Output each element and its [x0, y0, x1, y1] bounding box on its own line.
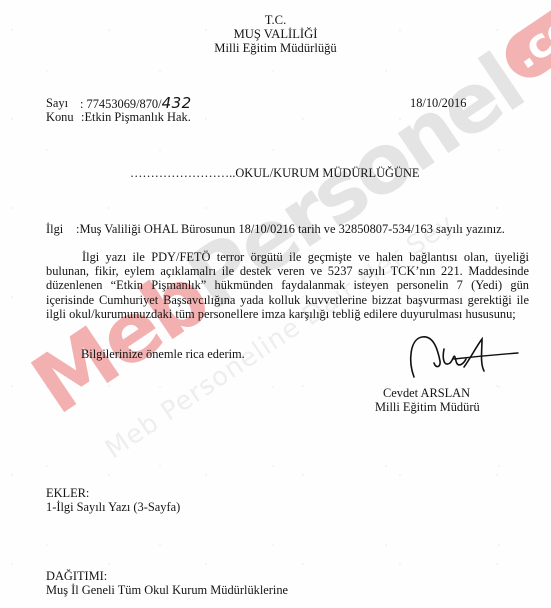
closing-line: Bilgilerinize önemle rica ederim.: [81, 347, 245, 361]
document-date: 18/10/2016: [410, 96, 466, 110]
document-page: MebPersonel.com Meb Personeline Dair Her…: [0, 0, 551, 608]
signature-icon: [400, 333, 520, 383]
distribution-item: Muş İl Geneli Tüm Okul Kurum Müdürlükler…: [46, 583, 288, 597]
ilgi-value: :Muş Valiliği OHAL Bürosunun 18/10/0216 …: [76, 222, 505, 236]
sayi-label: Sayı: [46, 96, 68, 110]
header-department: Milli Eğitim Müdürlüğü: [0, 41, 551, 55]
signatory-name: Cevdet ARSLAN: [383, 386, 470, 400]
konu-value: :Etkin Pişmanlık Hak.: [81, 110, 191, 124]
header-tc: T.C.: [0, 13, 551, 27]
sayi-number: : 77453069/870/: [80, 97, 162, 111]
attachment-item: 1-İlgi Sayılı Yazı (3-Sayfa): [46, 500, 180, 514]
attachments-label: EKLER:: [46, 486, 89, 500]
body-paragraph: İlgi yazı ile PDY/FETÖ terror örgütü ile…: [46, 250, 529, 321]
konu-label: Konu: [46, 110, 74, 124]
sayi-value: : 77453069/870/432: [80, 96, 192, 111]
addressee: ……………………..OKUL/KURUM MÜDÜRLÜĞÜNE: [130, 166, 419, 180]
header-institution: MUŞ VALİLİĞİ: [0, 27, 551, 41]
letter-content: T.C. MUŞ VALİLİĞİ Milli Eğitim Müdürlüğü…: [0, 0, 551, 608]
distribution-label: DAĞITIMI:: [46, 569, 107, 583]
signatory-title: Milli Eğitim Müdürü: [375, 400, 480, 414]
ilgi-label: İlgi: [46, 222, 63, 236]
